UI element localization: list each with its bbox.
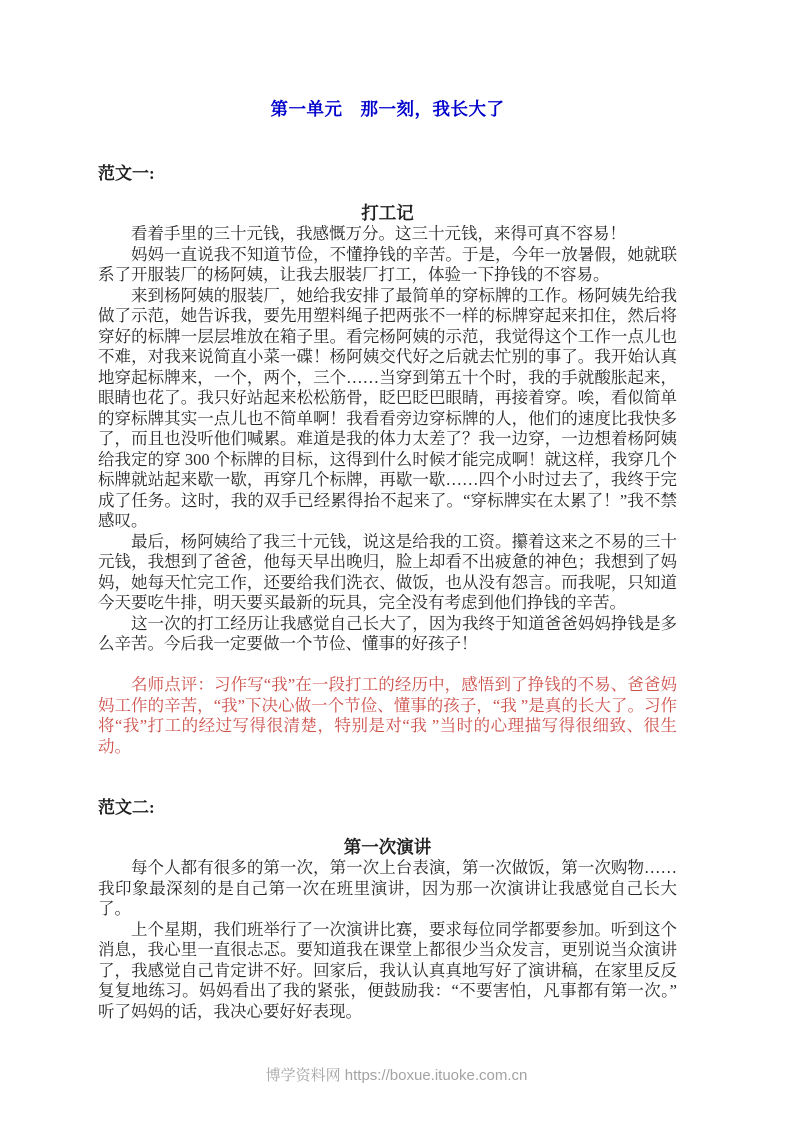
essay1-paragraph-4: 最后，杨阿姨给了我三十元钱，说这是给我的工资。攥着这来之不易的三十元钱，我想到了… (98, 532, 677, 614)
essay1-paragraph-2: 妈妈一直说我不知道节俭，不懂挣钱的辛苦。于是，今年一放暑假，她就联系了开服装厂的… (98, 245, 677, 286)
document-page: 第一单元 那一刻，我长大了 范文一: 打工记 看着手里的三十元钱，我感慨万分。这… (0, 0, 793, 1122)
essay1-paragraph-1: 看着手里的三十元钱，我感慨万分。这三十元钱，来得可真不容易！ (98, 224, 677, 245)
essay1-paragraph-5: 这一次的打工经历让我感觉自己长大了，因为我终于知道爸爸妈妈挣钱是多么辛苦。今后我… (98, 614, 677, 655)
footer-watermark: 博学资料网 https://boxue.ituoke.com.cn (0, 1066, 793, 1086)
essay2-paragraph-1: 每个人都有很多的第一次，第一次上台表演，第一次做饭，第一次购物……我印象最深刻的… (98, 858, 677, 920)
essay1-title: 打工记 (98, 203, 677, 224)
teacher-comment: 名师点评：习作写“我”在一段打工的经历中，感悟到了挣钱的不易、爸爸妈妈工作的辛苦… (98, 675, 677, 757)
unit-title: 第一单元 那一刻，我长大了 (98, 97, 677, 121)
essay1-section-label: 范文一: (98, 163, 677, 184)
essay2-paragraph-2: 上个星期，我们班举行了一次演讲比赛，要求每位同学都要参加。听到这个消息，我心里一… (98, 920, 677, 1023)
essay2-title: 第一次演讲 (98, 837, 677, 858)
essay2-section-label: 范文二: (98, 797, 677, 818)
essay1-paragraph-3: 来到杨阿姨的服装厂，她给我安排了最简单的穿标牌的工作。杨阿姨先给我做了示范，她告… (98, 286, 677, 532)
